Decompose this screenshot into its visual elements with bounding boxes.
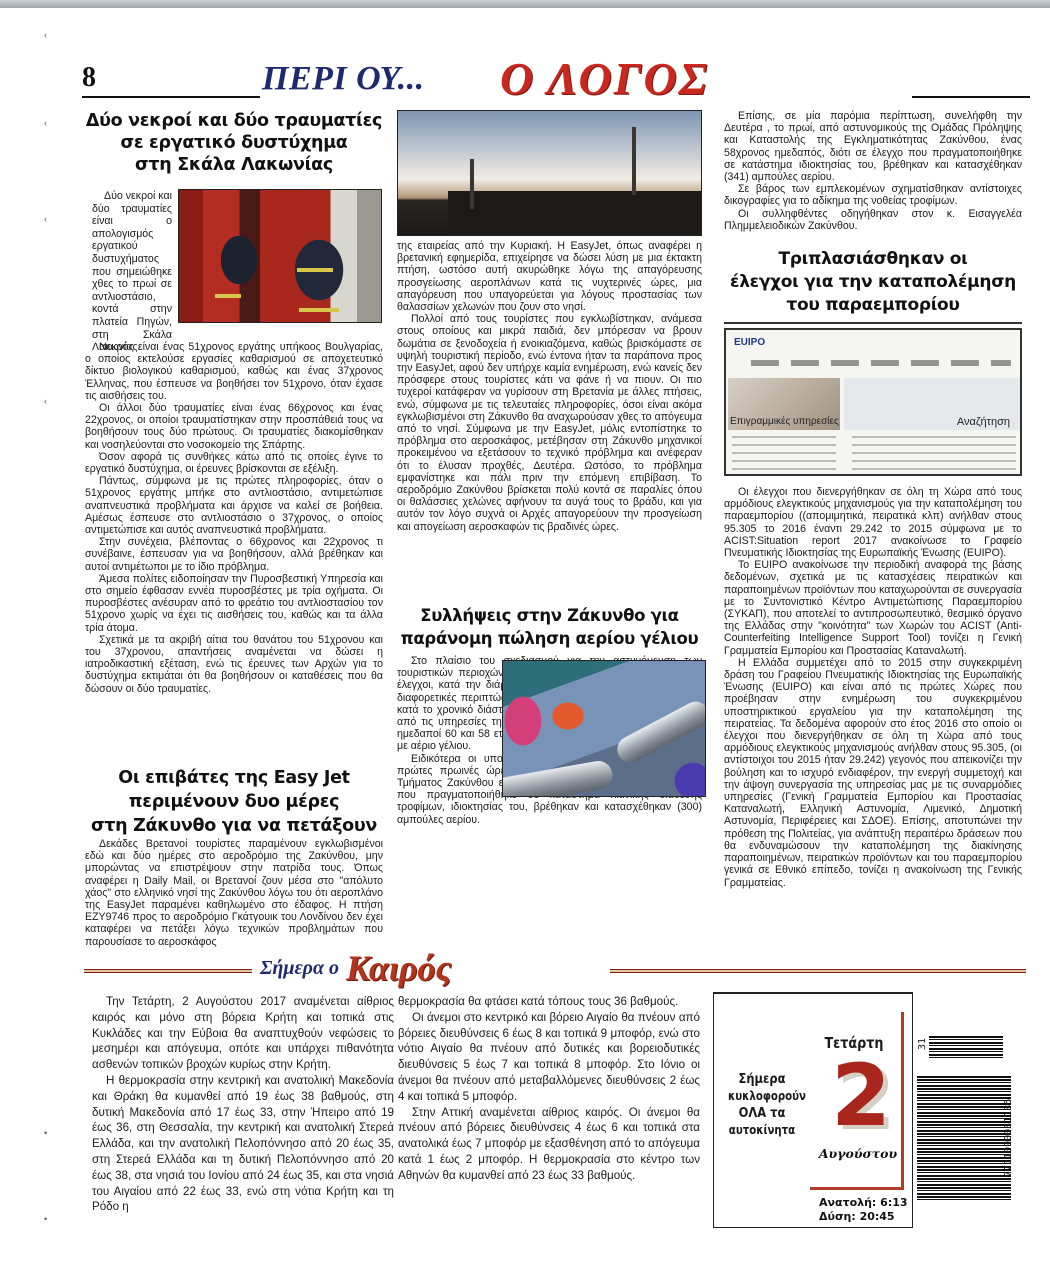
traffic-line: αυτοκίνητα bbox=[728, 1122, 796, 1139]
headline-line: περιμένουν δυο μέρες bbox=[85, 790, 383, 814]
euipo-text-lines bbox=[732, 436, 836, 470]
paragraph: Στην Αττική αναμένεται αίθριος καιρός. Ο… bbox=[398, 1105, 700, 1184]
weather-rule-right bbox=[610, 969, 1026, 973]
paragraph: Η θερμοκρασία στην κεντρική και ανατολικ… bbox=[92, 1073, 394, 1215]
headline-line: Δύο νεκροί και δύο τραυματίες bbox=[85, 110, 383, 132]
article-lead: Δύο νεκροί και δύο τραυματίες είναι ο απ… bbox=[92, 190, 172, 354]
paragraph: Δεκάδες Βρετανοί τουρίστες παραμένουν εγ… bbox=[85, 838, 383, 948]
headline-line: έλεγχοι για την καταπολέμηση bbox=[724, 271, 1022, 294]
article-body-col1: Δεκάδες Βρετανοί τουρίστες παραμένουν εγ… bbox=[85, 838, 383, 948]
date-box: Σήμερα κυκλοφορούν ΟΛΑ τα αυτοκίνητα Τετ… bbox=[713, 992, 913, 1228]
weather-col1: Την Τετάρτη, 2 Αυγούστου 2017 αναμένεται… bbox=[92, 994, 394, 1215]
paragraph: Πάντως, σύμφωνα με τις πρώτες πληροφορίε… bbox=[85, 475, 383, 536]
masthead-title-prefix: ΠΕΡΙ ΟΥ... bbox=[262, 60, 425, 98]
photo-detail bbox=[502, 759, 615, 797]
traffic-line: ΟΛΑ τα bbox=[728, 1105, 796, 1122]
traffic-line: κυκλοφορούν bbox=[728, 1088, 796, 1105]
sun-times: Ανατολή: 6:13 Δύση: 20:45 bbox=[819, 1196, 908, 1224]
article-headline: Συλλήψεις στην Ζάκυνθο για παράνομη πώλη… bbox=[397, 604, 702, 650]
scan-mark: ‹ bbox=[44, 118, 47, 128]
traffic-line: Σήμερα bbox=[728, 1071, 796, 1088]
article-body-col2: της εταιρείας από την Κυριακή. Η EasyJet… bbox=[397, 240, 702, 533]
paragraph: Σχετικά με τα ακριβή αίτια του θανάτου τ… bbox=[85, 634, 383, 695]
airport-photo bbox=[397, 110, 702, 236]
paragraph: Οι άνεμοι στο κεντρικό και βόρειο Αιγαίο… bbox=[398, 1010, 700, 1105]
sunrise-time: Ανατολή: 6:13 bbox=[819, 1196, 908, 1210]
photo-detail bbox=[215, 294, 241, 298]
month: Αυγούστου bbox=[814, 1146, 902, 1161]
headline-line: στη Ζάκυνθο για να πετάξουν bbox=[85, 814, 383, 838]
day-number: 2 bbox=[826, 1048, 896, 1144]
firefighters-photo bbox=[178, 189, 382, 323]
issue-number: 31 bbox=[917, 1038, 928, 1050]
paragraph: Όσον αφορά τις συνθήκες κάτω από τις οπο… bbox=[85, 451, 383, 475]
scan-mark: • bbox=[44, 1214, 47, 1224]
traffic-notice: Σήμερα κυκλοφορούν ΟΛΑ τα αυτοκίνητα bbox=[728, 1071, 796, 1139]
paragraph: της εταιρείας από την Κυριακή. Η EasyJet… bbox=[397, 240, 702, 313]
article-headline: Οι επιβάτες της Easy Jet περιμένουν δυο … bbox=[85, 766, 383, 838]
euipo-label-search: Αναζήτηση bbox=[957, 416, 1010, 428]
headline-line: παράνομη πώληση αερίου γέλιου bbox=[397, 627, 702, 650]
masthead: 8 ΠΕΡΙ ΟΥ... Ο ΛΟΓΟΣ bbox=[82, 58, 1030, 102]
sunset-time: Δύση: 20:45 bbox=[819, 1210, 908, 1224]
headline-line: Οι επιβάτες της Easy Jet bbox=[85, 766, 383, 790]
barcode-digits: 7711090031135 bbox=[1003, 1076, 1014, 1200]
headline-line: σε εργατικό δυστύχημα bbox=[85, 132, 383, 154]
scan-mark: ‹ bbox=[44, 396, 47, 406]
article-headline: Τριπλασιάσθηκαν οι έλεγχοι για την καταπ… bbox=[724, 248, 1022, 317]
article-body: Νεκρός είναι ένας 51χρονος εργάτης υπήκο… bbox=[85, 341, 383, 695]
article-body-col3: Επίσης, σε μία παρόμια περίπτωση, συνελή… bbox=[724, 110, 1022, 232]
article-headline: Δύο νεκροί και δύο τραυματίες σε εργατικ… bbox=[85, 110, 383, 176]
euipo-nav-bar bbox=[751, 360, 1011, 366]
scan-mark: ‹ bbox=[44, 214, 47, 224]
euipo-label-online-services: Επιγραμμικές υπηρεσίες bbox=[730, 416, 839, 427]
section-rule bbox=[724, 322, 1022, 324]
photo-detail bbox=[297, 268, 333, 272]
article-body: Οι έλεγχοι που διενεργήθηκαν σε όλη τη Χ… bbox=[724, 486, 1022, 889]
masthead-rule-left bbox=[82, 96, 260, 98]
paragraph: Την Τετάρτη, 2 Αυγούστου 2017 αναμένεται… bbox=[92, 994, 394, 1073]
paragraph: Πολλοί από τους τουρίστες που εγκλωβίστη… bbox=[397, 313, 702, 533]
weather-title: Καιρός bbox=[346, 947, 451, 989]
scan-top-edge bbox=[0, 0, 1050, 8]
masthead-rule-right bbox=[912, 96, 1030, 98]
photo-detail bbox=[632, 127, 636, 195]
headline-line: Τριπλασιάσθηκαν οι bbox=[724, 248, 1022, 271]
weather-section-header: Σήμερα ο Καιρός bbox=[84, 955, 1026, 985]
weather-col2: θερμοκρασία θα φτάσει κατά τόπους τους 3… bbox=[398, 994, 700, 1184]
euipo-logo: EUIPO bbox=[734, 337, 765, 348]
paragraph: Η Ελλάδα συμμετέχει από το 2015 στην συγ… bbox=[724, 657, 1022, 889]
paragraph: Σε βάρος των εμπλεκομένων σχηματίσθηκαν … bbox=[724, 183, 1022, 207]
paragraph: Το EUIPO ανακοίνωσε την περιοδική αναφορ… bbox=[724, 559, 1022, 657]
photo-detail bbox=[448, 191, 702, 236]
paragraph: Στην συνέχεια, βλέποντας ο 66χρονος και … bbox=[85, 536, 383, 573]
page-number: 8 bbox=[82, 62, 96, 94]
paragraph: Οι άλλοι δύο τραυματίες είναι ένας 66χρο… bbox=[85, 402, 383, 451]
paragraph: Νεκρός είναι ένας 51χρονος εργάτης υπήκο… bbox=[85, 341, 383, 402]
scan-mark: ‹ bbox=[44, 30, 47, 40]
euipo-text-lines bbox=[852, 436, 1016, 470]
scan-mark: • bbox=[44, 1128, 47, 1138]
paragraph: Οι συλληφθέντες οδηγήθηκαν στον κ. Εισαγ… bbox=[724, 208, 1022, 232]
barcode-bars bbox=[917, 1076, 1011, 1200]
masthead-title-logo: Ο ΛΟΓΟΣ bbox=[500, 52, 709, 105]
headline-line: στη Σκάλα Λακωνίας bbox=[85, 154, 383, 176]
headline-line: Συλλήψεις στην Ζάκυνθο για bbox=[397, 604, 702, 627]
paragraph: Επίσης, σε μία παρόμια περίπτωση, συνελή… bbox=[724, 110, 1022, 183]
photo-detail bbox=[613, 697, 706, 767]
euipo-website-screenshot: EUIPO Επιγραμμικές υπηρεσίες Αναζήτηση bbox=[724, 328, 1022, 476]
paragraph: Οι έλεγχοι που διενεργήθηκαν σε όλη τη Χ… bbox=[724, 486, 1022, 559]
weather-title-prefix: Σήμερα ο bbox=[260, 957, 339, 980]
paragraph: θερμοκρασία θα φτάσει κατά τόπους τους 3… bbox=[398, 994, 700, 1010]
photo-detail bbox=[470, 159, 474, 209]
barcode: 31 7711090031135 bbox=[917, 1036, 1011, 1208]
barcode-addon-bars bbox=[929, 1036, 1003, 1060]
paragraph: Άμεσα πολίτες ειδοποίησαν την Πυροσβεστι… bbox=[85, 573, 383, 634]
helium-canisters-photo bbox=[502, 660, 706, 797]
photo-detail bbox=[299, 308, 339, 312]
weather-rule-left bbox=[84, 969, 252, 973]
headline-line: του παραεμπορίου bbox=[724, 294, 1022, 317]
